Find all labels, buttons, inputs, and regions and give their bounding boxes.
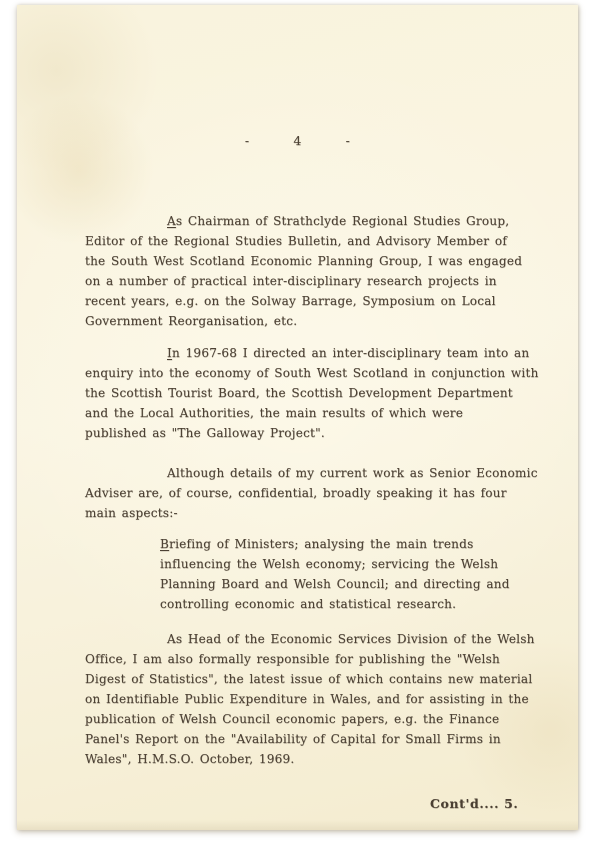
text-line: Digest of Statistics", the latest issue … xyxy=(85,669,521,689)
paragraph-4-block-quote: Briefing of Ministers; analysing the mai… xyxy=(160,534,521,614)
page-number-dash-left: - xyxy=(245,133,250,148)
text-line: In 1967-68 I directed an inter-disciplin… xyxy=(85,343,521,363)
document-body: As Chairman of Strathclyde Regional Stud… xyxy=(85,211,521,769)
text-line: recent years, e.g. on the Solway Barrage… xyxy=(85,291,521,311)
paper-sheet: - 4 - As Chairman of Strathclyde Regiona… xyxy=(17,5,578,830)
text-line: Wales", H.M.S.O. October, 1969. xyxy=(85,749,521,769)
text-line: Office, I am also formally responsible f… xyxy=(85,649,521,669)
text-line: Planning Board and Welsh Council; and di… xyxy=(160,574,521,594)
text-line: Panel's Report on the "Availability of C… xyxy=(85,729,521,749)
page-number-dash-right: - xyxy=(346,133,351,148)
text-line: on Identifiable Public Expenditure in Wa… xyxy=(85,689,521,709)
text-line: the Scottish Tourist Board, the Scottish… xyxy=(85,383,521,403)
page-number-value: 4 xyxy=(293,133,301,148)
text-line: As Head of the Economic Services Divisio… xyxy=(85,629,521,649)
page-number: - 4 - xyxy=(17,133,578,148)
text-line: publication of Welsh Council economic pa… xyxy=(85,709,521,729)
text-line: influencing the Welsh economy; servicing… xyxy=(160,554,521,574)
text-line: Although details of my current work as S… xyxy=(85,463,521,483)
text-line: main aspects:- xyxy=(85,503,521,523)
text-line: Editor of the Regional Studies Bulletin,… xyxy=(85,231,521,251)
text-line: Government Reorganisation, etc. xyxy=(85,311,521,331)
paragraph-2: In 1967-68 I directed an inter-disciplin… xyxy=(85,343,521,443)
paragraph-3: Although details of my current work as S… xyxy=(85,463,521,523)
text-line: Adviser are, of course, confidential, br… xyxy=(85,483,521,503)
text-line: on a number of practical inter-disciplin… xyxy=(85,271,521,291)
continuation-note: Cont'd.... 5. xyxy=(430,796,518,811)
text-line: and the Local Authorities, the main resu… xyxy=(85,403,521,423)
text-line: published as "The Galloway Project". xyxy=(85,423,521,443)
text-line: As Chairman of Strathclyde Regional Stud… xyxy=(85,211,521,231)
text-line: the South West Scotland Economic Plannin… xyxy=(85,251,521,271)
text-line: controlling economic and statistical res… xyxy=(160,594,521,614)
text-line: enquiry into the economy of South West S… xyxy=(85,363,521,383)
paragraph-5: As Head of the Economic Services Divisio… xyxy=(85,629,521,769)
paragraph-1: As Chairman of Strathclyde Regional Stud… xyxy=(85,211,521,331)
text-line: Briefing of Ministers; analysing the mai… xyxy=(160,534,521,554)
scanned-document: - 4 - As Chairman of Strathclyde Regiona… xyxy=(0,0,595,841)
